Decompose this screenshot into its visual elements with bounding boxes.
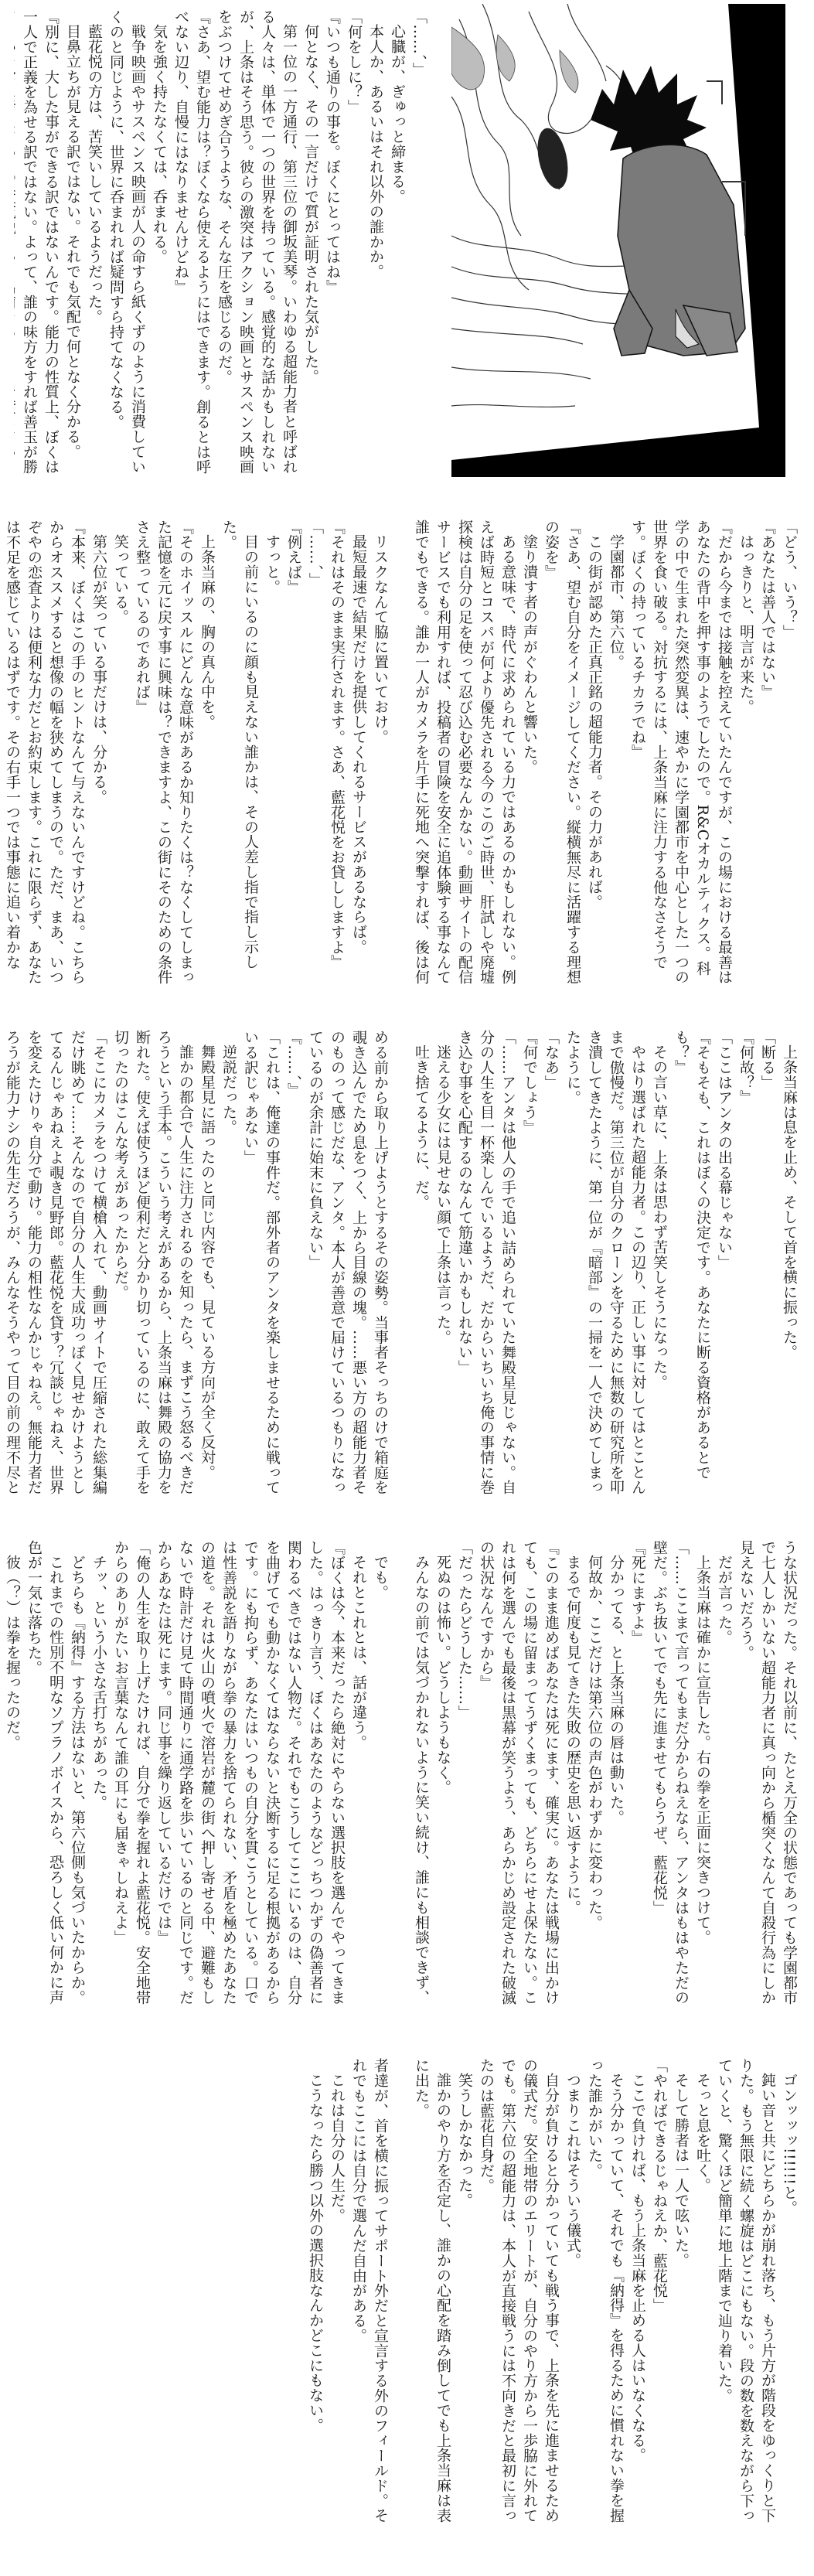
- text-block-r2-left: リスクなんて脇に置いておけ。 最短最速で結果だけを提供してくれるサービスがあるな…: [5, 520, 391, 990]
- paragraph: 第六位が笑っている事だけは、分かる。: [88, 520, 110, 990]
- paragraph: 『あなたは善人ではない』: [757, 520, 778, 990]
- text-block-r3-right: 上条当麻は息を止め、そして首を横に振った。 「断る」 『何故？』 「ここはアンタ…: [414, 1030, 800, 1500]
- paragraph: 死ぬのは怖い。どうしようもなく。: [432, 1540, 454, 2010]
- paragraph: 『何故？』: [735, 1030, 757, 1500]
- paragraph: 学園都市、第六位。: [605, 520, 627, 990]
- paragraph: 者達が、首を横に振ってサポート外だと宣言する外のフィールド。それでもここには自分…: [348, 2058, 391, 2528]
- paragraph: そして勝者は一人で呟いた。: [670, 2058, 692, 2528]
- paragraph: 『そもそも、これはぼくの決定です。あなたに断る資格があるとでも？』: [670, 1030, 714, 1500]
- paragraph: やはり選ばれた超能力者。この辺り、正しい事に対してはとことんまで傲慢だ。第三位が…: [562, 1030, 649, 1500]
- paragraph: 「何をしに？」: [343, 9, 365, 479]
- text-block-r4-right: うな状況だった。それ以前に、たとえ万全の状態であっても学園都市で七人しかいない超…: [414, 1540, 800, 2010]
- paragraph: 目鼻立ちが見える訳ではない。それでも気配で何となく分かる。: [62, 9, 83, 479]
- paragraph: 本人か、あるいはそれ以外の誰かか。: [365, 9, 387, 479]
- text-block-r4-left: でも。 それとこれとは、話が違う。 『ぼくは今、本来だったら絶対にやらない選択肢…: [5, 1540, 391, 2010]
- paragraph: 「なあ」: [540, 1030, 562, 1500]
- paragraph: その言い草に、上条は思わず苦笑しそうになった。: [649, 1030, 670, 1500]
- paragraph: でも。: [370, 1540, 391, 2010]
- paragraph: 分かってる、と上条当麻の唇は動いた。: [605, 1540, 627, 2010]
- paragraph: 彼（？）は拳を握ったのだ。: [5, 1540, 23, 2010]
- paragraph: はっきりと、明言が来た。: [735, 520, 757, 990]
- paragraph: だが言った。: [714, 1540, 735, 2010]
- paragraph: 誰かのやり方を否定し、誰かの心配を踏み倒してでも上条当麻は表に出た。: [414, 2058, 454, 2528]
- manga-illustration: [451, 4, 785, 477]
- paragraph: 心臓が、ぎゅっと締まる。: [387, 9, 408, 479]
- paragraph: ここで負ければ、もう上条当麻を止める人はいなくなる。: [627, 2058, 649, 2528]
- paragraph: 『別に、大した事ができる訳ではないんです。能力の性質上、ぼくは一人で正義を為せる…: [14, 9, 62, 479]
- paragraph: 「……アンタは他人の手で追い詰められていた舞殿星見じゃない。自分の人生を目一杯楽…: [454, 1030, 519, 1500]
- paragraph: 「……、」: [305, 520, 326, 990]
- paragraph: 逆説だった。: [218, 1030, 240, 1500]
- paragraph: これまでの性別不明なソプラノボイスから、恐ろしく低い何かに声色が一気に落ちた。: [23, 1540, 66, 2010]
- paragraph: うな状況だった。それ以前に、たとえ万全の状態であっても学園都市で七人しかいない超…: [735, 1540, 800, 2010]
- paragraph: これは自分の人生だ。: [326, 2058, 348, 2528]
- paragraph: 『いつも通りの事を。ぼくにとってはね』: [322, 9, 343, 479]
- paragraph: 「そこにカメラをつけて横槍入れて、動画サイトで圧縮された総集編だけ眺めて……そん…: [5, 1030, 110, 1500]
- paragraph: つまりこれはそういう儀式。: [562, 2058, 584, 2528]
- paragraph: 「俺の人生を取り上げたければ、自分で拳を握れよ藍花悦。安全地帯からのありがたいお…: [110, 1540, 153, 2010]
- paragraph: どちらも『納得』する方法はないと、第六位側も気づいたからか。: [66, 1540, 88, 2010]
- text-block-r5-left: 者達が、首を横に振ってサポート外だと宣言する外のフィールド。それでもここには自分…: [5, 2058, 391, 2528]
- paragraph: める前から取り上げようとするその姿勢。当事者そっちのけで箱庭を覗き込んでため息を…: [305, 1030, 391, 1500]
- paragraph: 『……、』: [283, 1030, 305, 1500]
- paragraph: そっと息を吐く。: [692, 2058, 714, 2528]
- paragraph: 「これは、俺達の事件だ。部外者のアンタを楽しませるために戦っている訳じゃあない」: [240, 1030, 283, 1500]
- paragraph: 『さあ、望む能力は？ぼくなら使えるようにはできます。創るとは呼べない辺り、自慢に…: [170, 9, 213, 479]
- paragraph: 吐き捨てるように、だ。: [414, 1030, 432, 1500]
- paragraph: すっと。: [261, 520, 283, 990]
- paragraph: 『ぼくは今、本来だったら絶対にやらない選択肢を選んでやってきました。はっきり言う…: [153, 1540, 348, 2010]
- paragraph: 気を強く持たなくては、呑まれる。: [148, 9, 170, 479]
- paragraph: 『そのホイッスルにどんな意味があるか知りたくは？なくしてしまった記憶を元に戻す事…: [131, 520, 196, 990]
- paragraph: 『本来、ぼくはこの手のヒントなんて与えないんですけどね。こちらからオススメすると…: [5, 520, 88, 990]
- paragraph: 「ここはアンタの出る幕じゃない」: [714, 1030, 735, 1500]
- paragraph: それとこれとは、話が違う。: [348, 1540, 370, 2010]
- paragraph: 笑っている。: [110, 520, 131, 990]
- text-block-r2-right: 「どう、いう？」 『あなたは善人ではない』 はっきりと、明言が来た。 『だから今…: [414, 520, 800, 990]
- paragraph: 『例えば』: [283, 520, 305, 990]
- paragraph: みんなの前では気づかれないように笑い続け、誰にも相談できず、一人ぼっちで医者に吐…: [414, 1540, 432, 2010]
- paragraph: 鈍い音と共にどちらかが崩れ落ち、もう片方が階段をゆっくりと下りた。もう無限に続く…: [714, 2058, 778, 2528]
- paragraph: ある意味で、時代に求められている力ではあるのかもしれない。例えば時短とコスパが何…: [414, 520, 519, 990]
- paragraph: 『何でしょう』: [519, 1030, 540, 1500]
- illustration-image: [451, 4, 785, 477]
- paragraph: 「どう、いう？」: [778, 520, 800, 990]
- paragraph: チッ、という小さな舌打ちがあった。: [88, 1540, 110, 2010]
- paragraph: 『それはそのまま実行されます。さあ、藍花悦をお貸ししますよ』: [326, 520, 348, 990]
- paragraph: 目の前にいるのに顔も見えない誰かは、その人差し指で指し示した。: [218, 520, 261, 990]
- paragraph: 『だから今までは接触を控えていたんですが、この場における最善はあなたの背中を押す…: [627, 520, 735, 990]
- paragraph: 『さあ、望む自分をイメージしてください。縦横無尽に活躍する理想の姿を』: [540, 520, 584, 990]
- paragraph: 塗り潰す者の声がぐわんと響いた。: [519, 520, 540, 990]
- paragraph: 上条当麻の、胸の真ん中を。: [196, 520, 218, 990]
- paragraph: 上条当麻は息を止め、そして首を横に振った。: [778, 1030, 800, 1500]
- paragraph: 戦争映画やサスペンス映画が人の命すら紙くずのように消費していくのと同じように、世…: [105, 9, 148, 479]
- paragraph: 第一位の一方通行、第三位の御坂美琴。いわゆる超能力者と呼ばれる人々は、単体で一つ…: [213, 9, 300, 479]
- paragraph: 『死にますよ』: [627, 1540, 649, 2010]
- paragraph: 藍花悦の方は、苦笑いしているようだった。: [83, 9, 105, 479]
- paragraph: 「断る」: [757, 1030, 778, 1500]
- novel-page: 「……、」 心臓が、ぎゅっと締まる。 本人か、あるいはそれ以外の誰かか。 「何を…: [0, 0, 814, 2576]
- paragraph: こうなったら勝つ以外の選択肢なんかどこにもない。: [305, 2058, 326, 2528]
- paragraph: まるで何度も見てきた失敗の歴史を思い返すように。: [562, 1540, 584, 2010]
- text-block-r3-left: める前から取り上げようとするその姿勢。当事者そっちのけで箱庭を覗き込んでため息を…: [5, 1030, 391, 1500]
- text-block-r5-right: ゴンッッッ!!!!!!と。 鈍い音と共にどちらかが崩れ落ち、もう片方が階段をゆっ…: [414, 2058, 800, 2528]
- paragraph: 「……ここまで言ってもまだ分からねえなら、アンタはもはやただの壁だ。ぶち抜いてで…: [649, 1540, 692, 2010]
- text-block-r1-left: 「……、」 心臓が、ぎゅっと締まる。 本人か、あるいはそれ以外の誰かか。 「何を…: [14, 9, 430, 479]
- paragraph: 上条当麻は確かに宣告した。右の拳を正面に突きつけて。: [692, 1540, 714, 2010]
- paragraph: 『このまま進めばあなたは死にます、確実に。あなたは戦場に出かけても、この場に留ま…: [475, 1540, 562, 2010]
- paragraph: 自分が負けると分かっていても戦う事で、上条を先に進ませるための儀式だ。安全地帯の…: [475, 2058, 562, 2528]
- paragraph: 最短最速で結果だけを提供してくれるサービスがあるならば。: [348, 520, 370, 990]
- paragraph: 舞殿星見に語ったのと同じ内容でも、見ている方向が全く反対。: [196, 1030, 218, 1500]
- paragraph: 迷える少女には見せない顔で上条は言った。: [432, 1030, 454, 1500]
- paragraph: 「やればできるじゃねえか、藍花悦」: [649, 2058, 670, 2528]
- paragraph: そう分かっていて、それでも『納得』を得るために慣れない拳を握った誰かがいた。: [584, 2058, 627, 2528]
- paragraph: 何故か、ここだけは第六位の声色がわずかに変わった。: [584, 1540, 605, 2010]
- paragraph: 誰かの都合で人生に注力されるのを知ったら、まずこう怒るべきだろうという手本。こう…: [110, 1030, 196, 1500]
- paragraph: ゴンッッッ!!!!!!と。: [778, 2058, 800, 2528]
- paragraph: リスクなんて脇に置いておけ。: [370, 520, 391, 990]
- paragraph: 笑うしかなかった。: [454, 2058, 475, 2528]
- paragraph: 「だったらどうした……」: [454, 1540, 475, 2010]
- paragraph: この街が認めた正真正銘の超能力者。その力があれば。: [584, 520, 605, 990]
- paragraph: 「……、」: [408, 9, 430, 479]
- paragraph: 何となく、その一言だけで質が証明された気がした。: [300, 9, 322, 479]
